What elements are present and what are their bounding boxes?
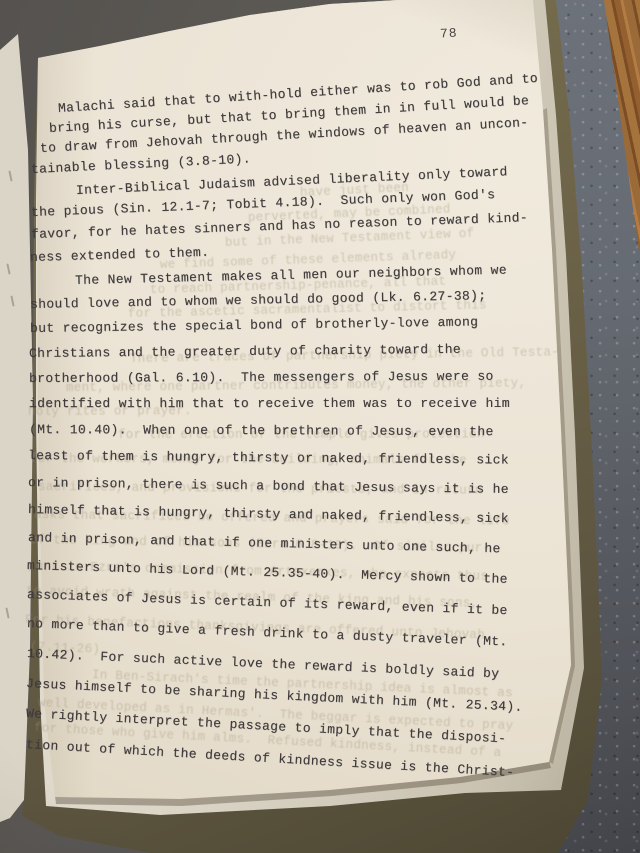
text-line: or in prison, there is such a bond that … xyxy=(28,475,509,497)
text-line: The New Testament makes all men our neig… xyxy=(75,263,507,288)
text-line: no more than to give a fresh drink to a … xyxy=(26,616,507,649)
text-line: identified with him that to receive them… xyxy=(29,396,510,411)
text-line: 10.42). For such active love the reward … xyxy=(26,646,499,681)
photo-scene: have just beenperverted, may be combined… xyxy=(0,0,640,853)
text-line: tion out of which the deeds of kindness … xyxy=(25,737,514,780)
text-line: ness extended to them. xyxy=(30,245,210,265)
text-line: associates of Jesus is certain of its re… xyxy=(27,587,508,618)
text-line: tainable blessing (3.8-10). xyxy=(31,152,252,178)
typewritten-text: 78 Malachi said that to with-hold either… xyxy=(0,0,640,853)
text-line: (Mt. 10.40). When one of the brethren of… xyxy=(28,422,493,439)
text-line: ministers unto his Lord (Mt. 25.35-40). … xyxy=(27,558,508,587)
text-line: should love and to whom we should do goo… xyxy=(30,288,487,312)
text-line: least of them is hungry, thirsty or nake… xyxy=(28,448,509,468)
text-line: brotherhood (Gal. 6.10). The messengers … xyxy=(29,368,494,385)
page-number: 78 xyxy=(440,26,458,42)
text-line: himself that is hungry, thirsty and nake… xyxy=(28,502,509,526)
text-line: Christians and the greater duty of chari… xyxy=(29,341,461,360)
text-line: Jesus himself to be sharing his kingdom … xyxy=(26,676,523,715)
text-line: and in prison, and that if one ministers… xyxy=(27,530,500,556)
text-line: but recognizes the special bond of broth… xyxy=(29,314,477,336)
